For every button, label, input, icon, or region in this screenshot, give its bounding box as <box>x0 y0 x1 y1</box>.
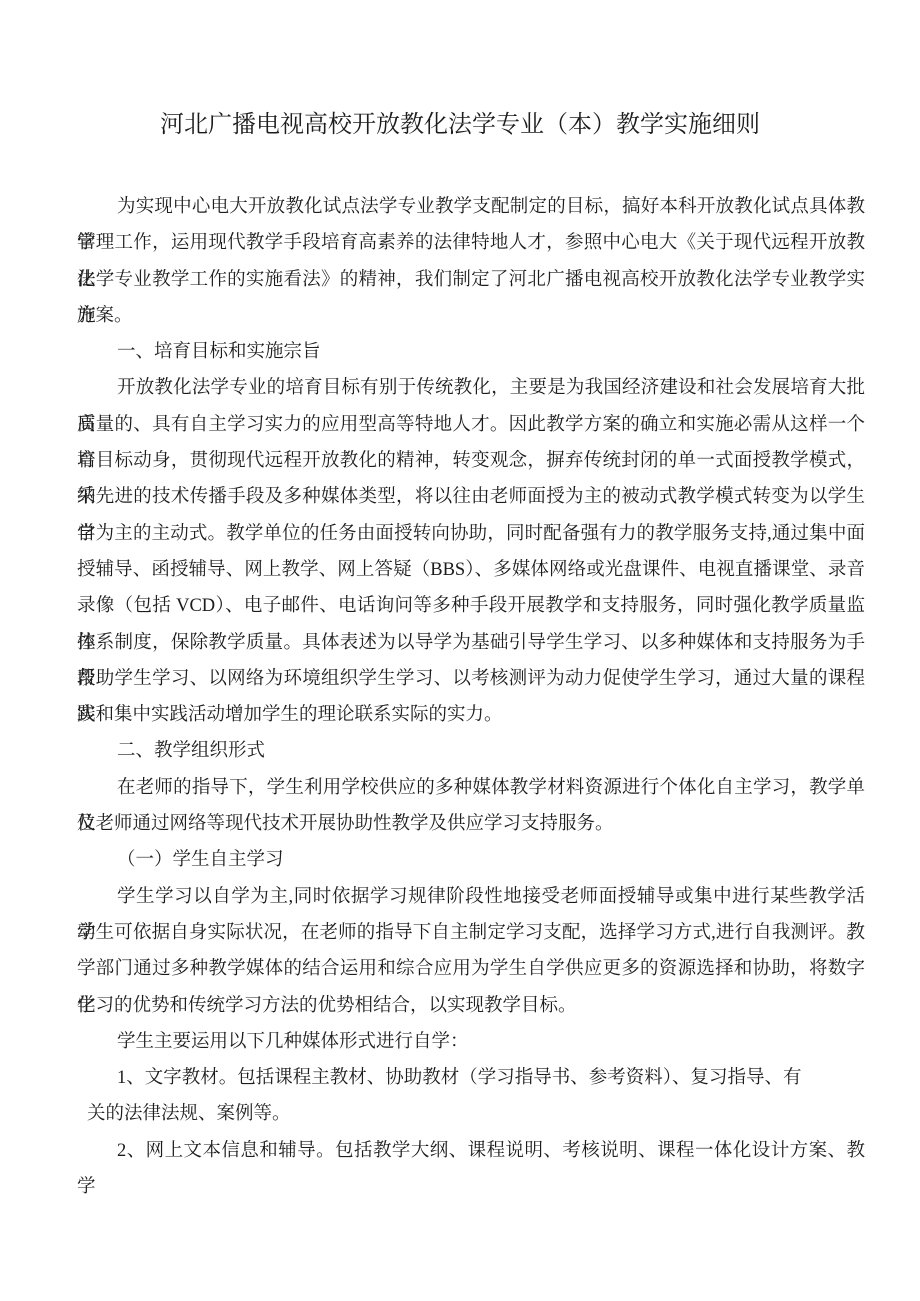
text-line: 在老师的指导下，学生利用学校供应的多种媒体教学材料资源进行个体化自主学习，教学单… <box>77 770 865 806</box>
text-line: 法学专业教学工作的实施看法》的精神，我们制定了河北广播电视高校开放教化法学专业教… <box>77 262 865 298</box>
text-line: 帮助学生学习、以网络为环境组织学生学习、以考核测评为动力促使学生学习，通过大量的… <box>77 661 865 697</box>
text-line: 录像（包括 VCD）、电子邮件、电话询问等多种手段开展教学和支持服务，同时强化教… <box>77 588 865 624</box>
text-line: 为实现中心电大开放教化试点法学专业教学支配制定的目标，搞好本科开放教化试点具体教… <box>77 189 865 225</box>
section-heading-one: 一、培育目标和实施宗旨 <box>77 334 865 370</box>
text-line: 纳先进的技术传播手段及多种媒体类型，将以往由老师面授为主的被动式教学模式转变为以… <box>77 479 865 515</box>
section-heading-two: 二、教学组织形式 <box>77 733 865 769</box>
text-line: 学生主要运用以下几种媒体形式进行自学： <box>77 1024 865 1060</box>
list-item: 1、文字教材。包括课程主教材、协助教材（学习指导书、参考资料）、复习指导、有 <box>77 1060 865 1096</box>
text-line: 育目标动身，贯彻现代远程开放教化的精神，转变观念，摒弃传统封闭的单一式面授教学模… <box>77 443 865 479</box>
text-line: 授辅导、函授辅导、网上教学、网上答疑（BBS）、多媒体网络或光盘课件、电视直播课… <box>77 552 865 588</box>
text-line: 践和集中实践活动增加学生的理论联系实际的实力。 <box>77 697 865 733</box>
text-line: 管理工作，运用现代教学手段培育高素养的法律特地人才，参照中心电大《关于现代远程开… <box>77 225 865 261</box>
list-item: 关的法律法规、案例等。 <box>77 1096 865 1132</box>
text-line: 学生学习以自学为主,同时依据学习规律阶段性地接受老师面授辅导或集中进行某些教学活… <box>77 879 865 915</box>
text-line: 体系制度，保除教学质量。具体表述为以导学为基础引导学生学习、以多种媒体和支持服务… <box>77 625 865 661</box>
document-body: 为实现中心电大开放教化试点法学专业教学支配制定的目标，搞好本科开放教化试点具体教… <box>77 189 865 1169</box>
text-line: 学为主的主动式。教学单位的任务由面授转向协助，同时配备强有力的教学服务支持,通过… <box>77 516 865 552</box>
subsection-heading: （一）学生自主学习 <box>77 842 865 878</box>
text-line: 学部门通过多种教学媒体的结合运用和综合应用为学生自学供应更多的资源选择和协助，将… <box>77 951 865 987</box>
text-line: 方案。 <box>77 298 865 334</box>
list-item: 2、网上文本信息和辅导。包括教学大纲、课程说明、考核说明、课程一体化设计方案、教… <box>77 1133 865 1169</box>
text-line: 质量的、具有自主学习实力的应用型高等特地人才。因此教学方案的确立和实施必需从这样… <box>77 407 865 443</box>
text-line: 学习的优势和传统学习方法的优势相结合，以实现教学目标。 <box>77 988 865 1024</box>
text-line: 开放教化法学专业的培育目标有别于传统教化，主要是为我国经济建设和社会发展培育大批… <box>77 370 865 406</box>
text-line: 学生可依据自身实际状况，在老师的指导下自主制定学习支配，选择学习方式,进行自我测… <box>77 915 865 951</box>
text-line: 及老师通过网络等现代技术开展协助性教学及供应学习支持服务。 <box>77 806 865 842</box>
document-page: 河北广播电视高校开放教化法学专业（本）教学实施细则 为实现中心电大开放教化试点法… <box>0 0 920 1301</box>
document-title: 河北广播电视高校开放教化法学专业（本）教学实施细则 <box>0 107 920 143</box>
